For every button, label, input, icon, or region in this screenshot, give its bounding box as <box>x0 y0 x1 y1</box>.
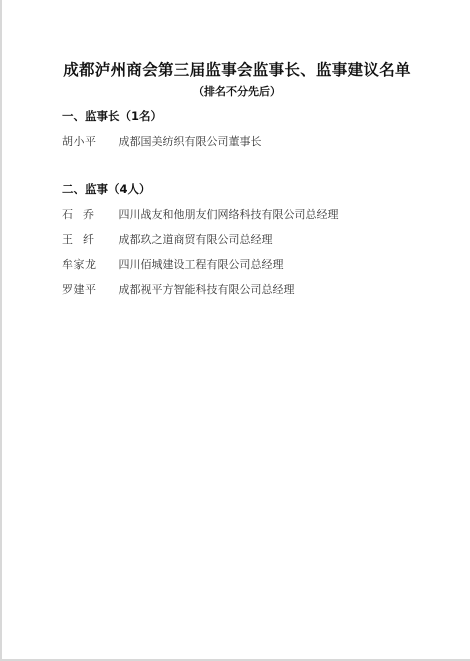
member-row: 牟家龙 四川佰城建设工程有限公司总经理 <box>62 256 284 272</box>
member-row: 罗建平 成都视平方智能科技有限公司总经理 <box>62 281 295 297</box>
member-organization: 成都玖之道商贸有限公司总经理 <box>119 231 273 247</box>
member-organization: 成都视平方智能科技有限公司总经理 <box>119 281 295 297</box>
document-subtitle: （排名不分先后） <box>2 83 470 99</box>
member-name: 王纤 <box>62 231 115 247</box>
member-row: 王纤 成都玖之道商贸有限公司总经理 <box>62 231 273 247</box>
document-page: 成都泸州商会第三届监事会监事长、监事建议名单 （排名不分先后） 一、监事长（1名… <box>0 0 470 661</box>
member-row: 石乔 四川战友和他朋友们网络科技有限公司总经理 <box>62 206 339 222</box>
member-name: 牟家龙 <box>62 256 115 272</box>
member-name: 罗建平 <box>62 281 115 297</box>
document-title: 成都泸州商会第三届监事会监事长、监事建议名单 <box>2 58 470 80</box>
member-name: 石乔 <box>62 206 115 222</box>
member-name: 胡小平 <box>62 133 115 149</box>
section-heading-supervisor-chief: 一、监事长（1名） <box>62 108 162 124</box>
member-organization: 四川战友和他朋友们网络科技有限公司总经理 <box>119 206 339 222</box>
member-organization: 四川佰城建设工程有限公司总经理 <box>119 256 284 272</box>
member-row: 胡小平 成都国美纺织有限公司董事长 <box>62 133 262 149</box>
section-heading-supervisors: 二、监事（4人） <box>62 181 151 197</box>
member-organization: 成都国美纺织有限公司董事长 <box>119 133 262 149</box>
